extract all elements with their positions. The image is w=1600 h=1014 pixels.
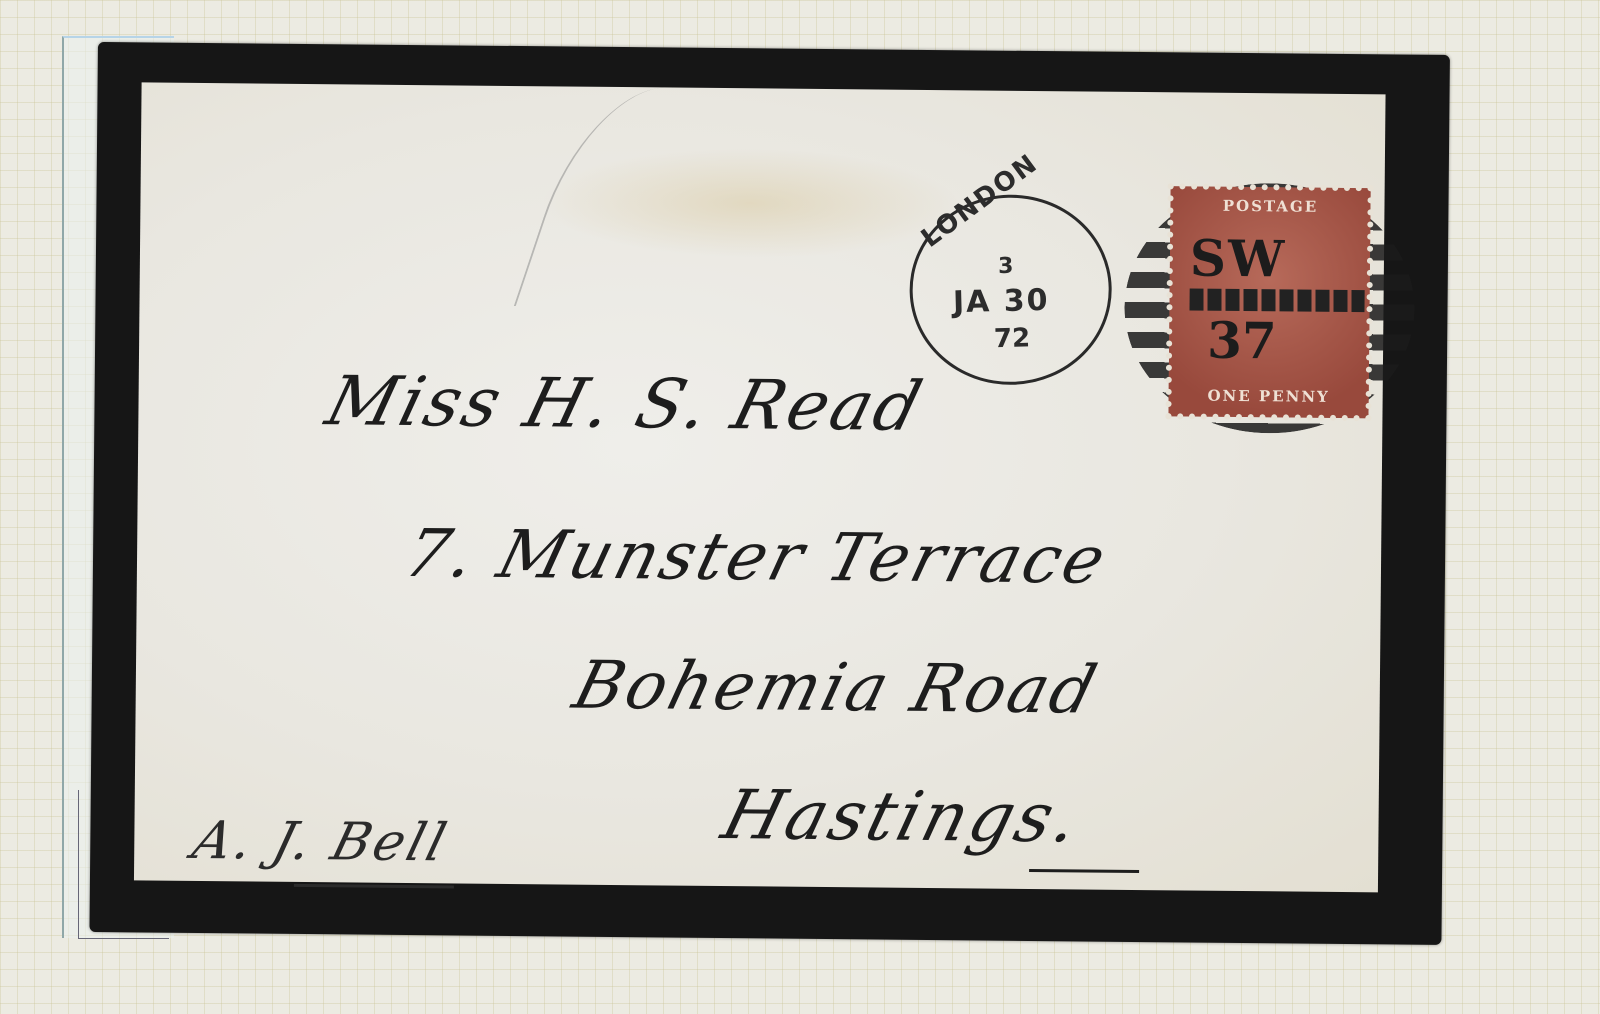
london-circular-datestamp: LONDON 3 JA 30 72 [907, 192, 1114, 387]
stamp-top-text: POSTAGE [1170, 196, 1370, 216]
signature-underline [294, 884, 454, 889]
duplex-cancel-code: SW 37 [1189, 232, 1350, 368]
postmark-date: JA 30 [953, 283, 1050, 320]
sender-signature: A. J. Bell [187, 811, 455, 873]
cancel-district: SW [1190, 232, 1350, 286]
mourning-envelope: POSTAGE ONE PENNY SW 37 LONDON 3 JA 30 7… [89, 42, 1449, 945]
address-underline [1029, 869, 1139, 873]
address-line-3: Bohemia Road [566, 647, 1107, 729]
address-line-2: 7. Munster Terrace [397, 515, 1116, 599]
postmark-number: 3 [998, 254, 1014, 279]
stamp-bottom-text: ONE PENNY [1169, 386, 1369, 406]
cancel-bars [1189, 288, 1364, 312]
cancel-number: 37 [1207, 315, 1349, 368]
address-line-1: Miss H. S. Read [318, 362, 932, 447]
postmark-year: 72 [994, 323, 1031, 354]
envelope-face: POSTAGE ONE PENNY SW 37 LONDON 3 JA 30 7… [134, 82, 1386, 892]
address-line-4: Hastings. [714, 776, 1089, 858]
